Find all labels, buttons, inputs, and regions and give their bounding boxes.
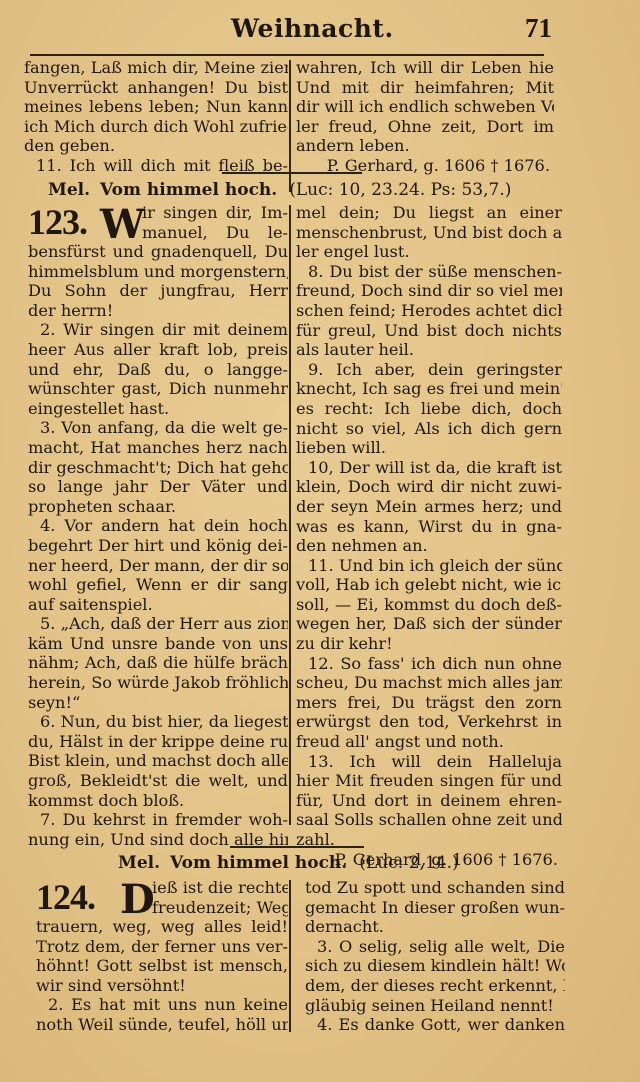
scripture-reference: (Luc: 2,14.): [359, 853, 458, 873]
hymn-124-left-column: trauern, weg, weg alles leid! Trotz dem,…: [36, 917, 288, 1035]
melody-tune: Vom himmel hoch.: [170, 853, 347, 873]
verse-start-line: 3. O selig, selig alle welt, Die: [305, 937, 565, 957]
verse-start-line: 9. Ich aber, dein geringster: [296, 360, 562, 380]
column-divider: [289, 880, 291, 1032]
text-line: was es kann, Wirst du in gna-: [296, 517, 562, 537]
text-line: ir singen dir, Im-: [142, 203, 288, 223]
text-line: manuel, Du le-: [142, 223, 288, 243]
page-number: 71: [525, 13, 552, 44]
text-line: Trotz dem, der ferner uns ver-: [36, 937, 288, 957]
text-line: himmelsblum und morgenstern,: [28, 262, 288, 282]
text-line: den nehmen an.: [296, 536, 562, 556]
text-line: dir geschmacht't; Dich hat gehofft: [28, 458, 288, 478]
text-line: den geben.: [24, 136, 288, 156]
hymn-123-right-column: mel dein; Du liegst an einer menschenbru…: [296, 203, 562, 869]
text-line: du, Hälst in der krippe deine ruh;: [28, 732, 288, 752]
text-line: noth Weil sünde, teufel, höll und: [36, 1015, 288, 1035]
verse-start-line: 11. Und bin ich gleich der sünde: [296, 556, 562, 576]
text-line: wohl gefiel, Wenn er dir sang: [28, 575, 288, 595]
hymn-124-first-lines: ieß ist die rechte freudenzeit; Weg,: [152, 878, 288, 917]
text-line: zu dir kehr!: [296, 634, 562, 654]
text-line: der seyn Mein armes herz; und: [296, 497, 562, 517]
continued-hymn-right-column: wahren, Ich will dir Leben hie Und mit d…: [296, 58, 554, 176]
text-line: wegen her, Daß sich der sünder: [296, 614, 562, 634]
melody-label: Mel.: [118, 853, 160, 873]
text-line: ner heerd, Der mann, der dir so: [28, 556, 288, 576]
text-line: bensfürst und gnadenquell, Du: [28, 242, 288, 262]
continued-hymn-left-column: fangen, Laß mich dir, Meine zier. Unverr…: [24, 58, 288, 176]
text-line: käm Und unsre bande von uns: [28, 634, 288, 654]
text-line: es recht: Ich liebe dich, doch: [296, 399, 562, 419]
text-line: auf saitenspiel.: [28, 595, 288, 615]
text-line: schen feind; Herodes achtet dich: [296, 301, 562, 321]
drop-cap-123: W: [100, 205, 145, 245]
text-line: andern leben.: [296, 136, 554, 156]
text-line: der herrn!: [28, 301, 288, 321]
text-line: Und mit dir heimfahren; Mit: [296, 78, 554, 98]
verse-start-line: 8. Du bist der süße menschen-: [296, 262, 562, 282]
text-line: knecht, Ich sag es frei und mein': [296, 379, 562, 399]
text-line: herein, So würde Jakob fröhlich: [28, 673, 288, 693]
text-line: ich Mich durch dich Wohl zufrie-: [24, 117, 288, 137]
hymn-number-123: 123.: [28, 201, 87, 243]
text-line: erwürgst den tod, Verkehrst in: [296, 712, 562, 732]
verse-start-line: 7. Du kehrst in fremder woh-: [28, 810, 288, 830]
text-line: eingestellet hast.: [28, 399, 288, 419]
text-line: kommst doch bloß.: [28, 791, 288, 811]
text-line: fangen, Laß mich dir, Meine zier.: [24, 58, 288, 78]
verse-start-line: 4. Es danke Gott, wer danken: [305, 1015, 565, 1035]
text-line: wir sind versöhnt!: [36, 976, 288, 996]
text-line: macht, Hat manches herz nach: [28, 438, 288, 458]
text-line: nähm; Ach, daß die hülfe bräch: [28, 653, 288, 673]
text-line: voll, Hab ich gelebt nicht, wie ich: [296, 575, 562, 595]
text-line: gemacht In dieser großen wun-: [305, 898, 565, 918]
text-line: trauern, weg, weg alles leid!: [36, 917, 288, 937]
hymn-123-first-lines: ir singen dir, Im- manuel, Du le-: [142, 203, 288, 242]
text-line: dir will ich endlich schweben Vol-: [296, 97, 554, 117]
text-line: mers frei, Du trägst den zorn: [296, 693, 562, 713]
verse-start-line: 4. Vor andern hat dein hoch: [28, 516, 288, 536]
scripture-reference: (Luc: 10, 23.24. Ps: 53,7.): [289, 180, 511, 200]
text-line: gläubig seinen Heiland nennt!: [305, 996, 565, 1016]
text-line: für greul, Und bist doch nichts: [296, 321, 562, 341]
hymn-number-124: 124.: [36, 876, 95, 918]
text-line: für, Und dort in deinem ehren-: [296, 791, 562, 811]
text-line: wünschter gast, Dich nunmehr: [28, 379, 288, 399]
hymn-123-left-column: bensfürst und gnadenquell, Du himmelsblu…: [28, 242, 288, 849]
text-line: seyn!“: [28, 693, 288, 713]
text-line: nicht so viel, Als ich dich gern: [296, 419, 562, 439]
melody-tune: Vom himmel hoch.: [100, 180, 277, 200]
text-line: als lauter heil.: [296, 340, 562, 360]
section-separator: [230, 846, 364, 848]
text-line: soll, — Ei, kommst du doch deß-: [296, 595, 562, 615]
text-line: heer Aus aller kraft lob, preis: [28, 340, 288, 360]
text-line: wahren, Ich will dir Leben hie: [296, 58, 554, 78]
verse-start-line: 10, Der will ist da, die kraft ist: [296, 458, 562, 478]
hymn-124-right-column: tod Zu spott und schanden sind gemacht I…: [305, 878, 565, 1035]
verse-start-line: 2. Wir singen dir mit deinem: [28, 320, 288, 340]
text-line: so lange jahr Der Väter und: [28, 477, 288, 497]
verse-start-line: 12. So fass' ich dich nun ohne: [296, 654, 562, 674]
text-line: dem, der dieses recht erkennt, Es: [305, 976, 565, 996]
text-line: tod Zu spott und schanden sind: [305, 878, 565, 898]
section-separator: [222, 172, 362, 174]
text-line: höhnt! Gott selbst ist mensch,: [36, 956, 288, 976]
text-line: saal Solls schallen ohne zeit und: [296, 810, 562, 830]
text-line: Bist klein, und machst doch alles: [28, 751, 288, 771]
text-line: menschenbrust, Und bist doch al-: [296, 223, 562, 243]
text-line: begehrt Der hirt und könig dei-: [28, 536, 288, 556]
text-line: klein, Doch wird dir nicht zuwi-: [296, 477, 562, 497]
text-line: meines lebens leben; Nun kann: [24, 97, 288, 117]
text-line: scheu, Du machst mich alles jam-: [296, 673, 562, 693]
verse-start-line: 5. „Ach, daß der Herr aus zion: [28, 614, 288, 634]
melody-line-124: Mel.Vom himmel hoch.(Luc: 2,14.): [118, 853, 459, 873]
verse-start-line: 6. Nun, du bist hier, da liegest: [28, 712, 288, 732]
text-line: Unverrückt anhangen! Du bist: [24, 78, 288, 98]
text-line: sich zu diesem kindlein hält! Wohl: [305, 956, 565, 976]
text-line: ler engel lust.: [296, 242, 562, 262]
running-head: Weihnacht. 71: [0, 14, 560, 48]
header-rule: [30, 54, 544, 56]
text-line: freudenzeit; Weg,: [152, 898, 288, 918]
hymnal-page: Weihnacht. 71 fangen, Laß mich dir, Mein…: [0, 0, 640, 1082]
text-line: Du Sohn der jungfrau, Herr: [28, 281, 288, 301]
text-line: hier Mit freuden singen für und: [296, 771, 562, 791]
text-line: groß, Bekleidt'st die welt, und: [28, 771, 288, 791]
text-line: und ehr, Daß du, o langge-: [28, 360, 288, 380]
verse-start-line: 2. Es hat mit uns nun keine: [36, 995, 288, 1015]
text-line: lieben will.: [296, 438, 562, 458]
verse-start-line: 3. Von anfang, da die welt ge-: [28, 418, 288, 438]
melody-line-123: Mel.Vom himmel hoch.(Luc: 10, 23.24. Ps:…: [48, 180, 511, 200]
text-line: mel dein; Du liegst an einer: [296, 203, 562, 223]
text-line: freund, Doch sind dir so viel men-: [296, 281, 562, 301]
text-line: freud all' angst und noth.: [296, 732, 562, 752]
text-line: propheten schaar.: [28, 497, 288, 517]
text-line: ler freud, Ohne zeit, Dort im: [296, 117, 554, 137]
text-line: dernacht.: [305, 917, 565, 937]
text-line: ieß ist die rechte: [152, 878, 288, 898]
melody-label: Mel.: [48, 180, 90, 200]
drop-cap-124: D: [120, 880, 155, 920]
column-divider: [289, 205, 291, 825]
verse-start-line: 13. Ich will dein Halleluja: [296, 752, 562, 772]
page-title: Weihnacht.: [231, 14, 394, 43]
